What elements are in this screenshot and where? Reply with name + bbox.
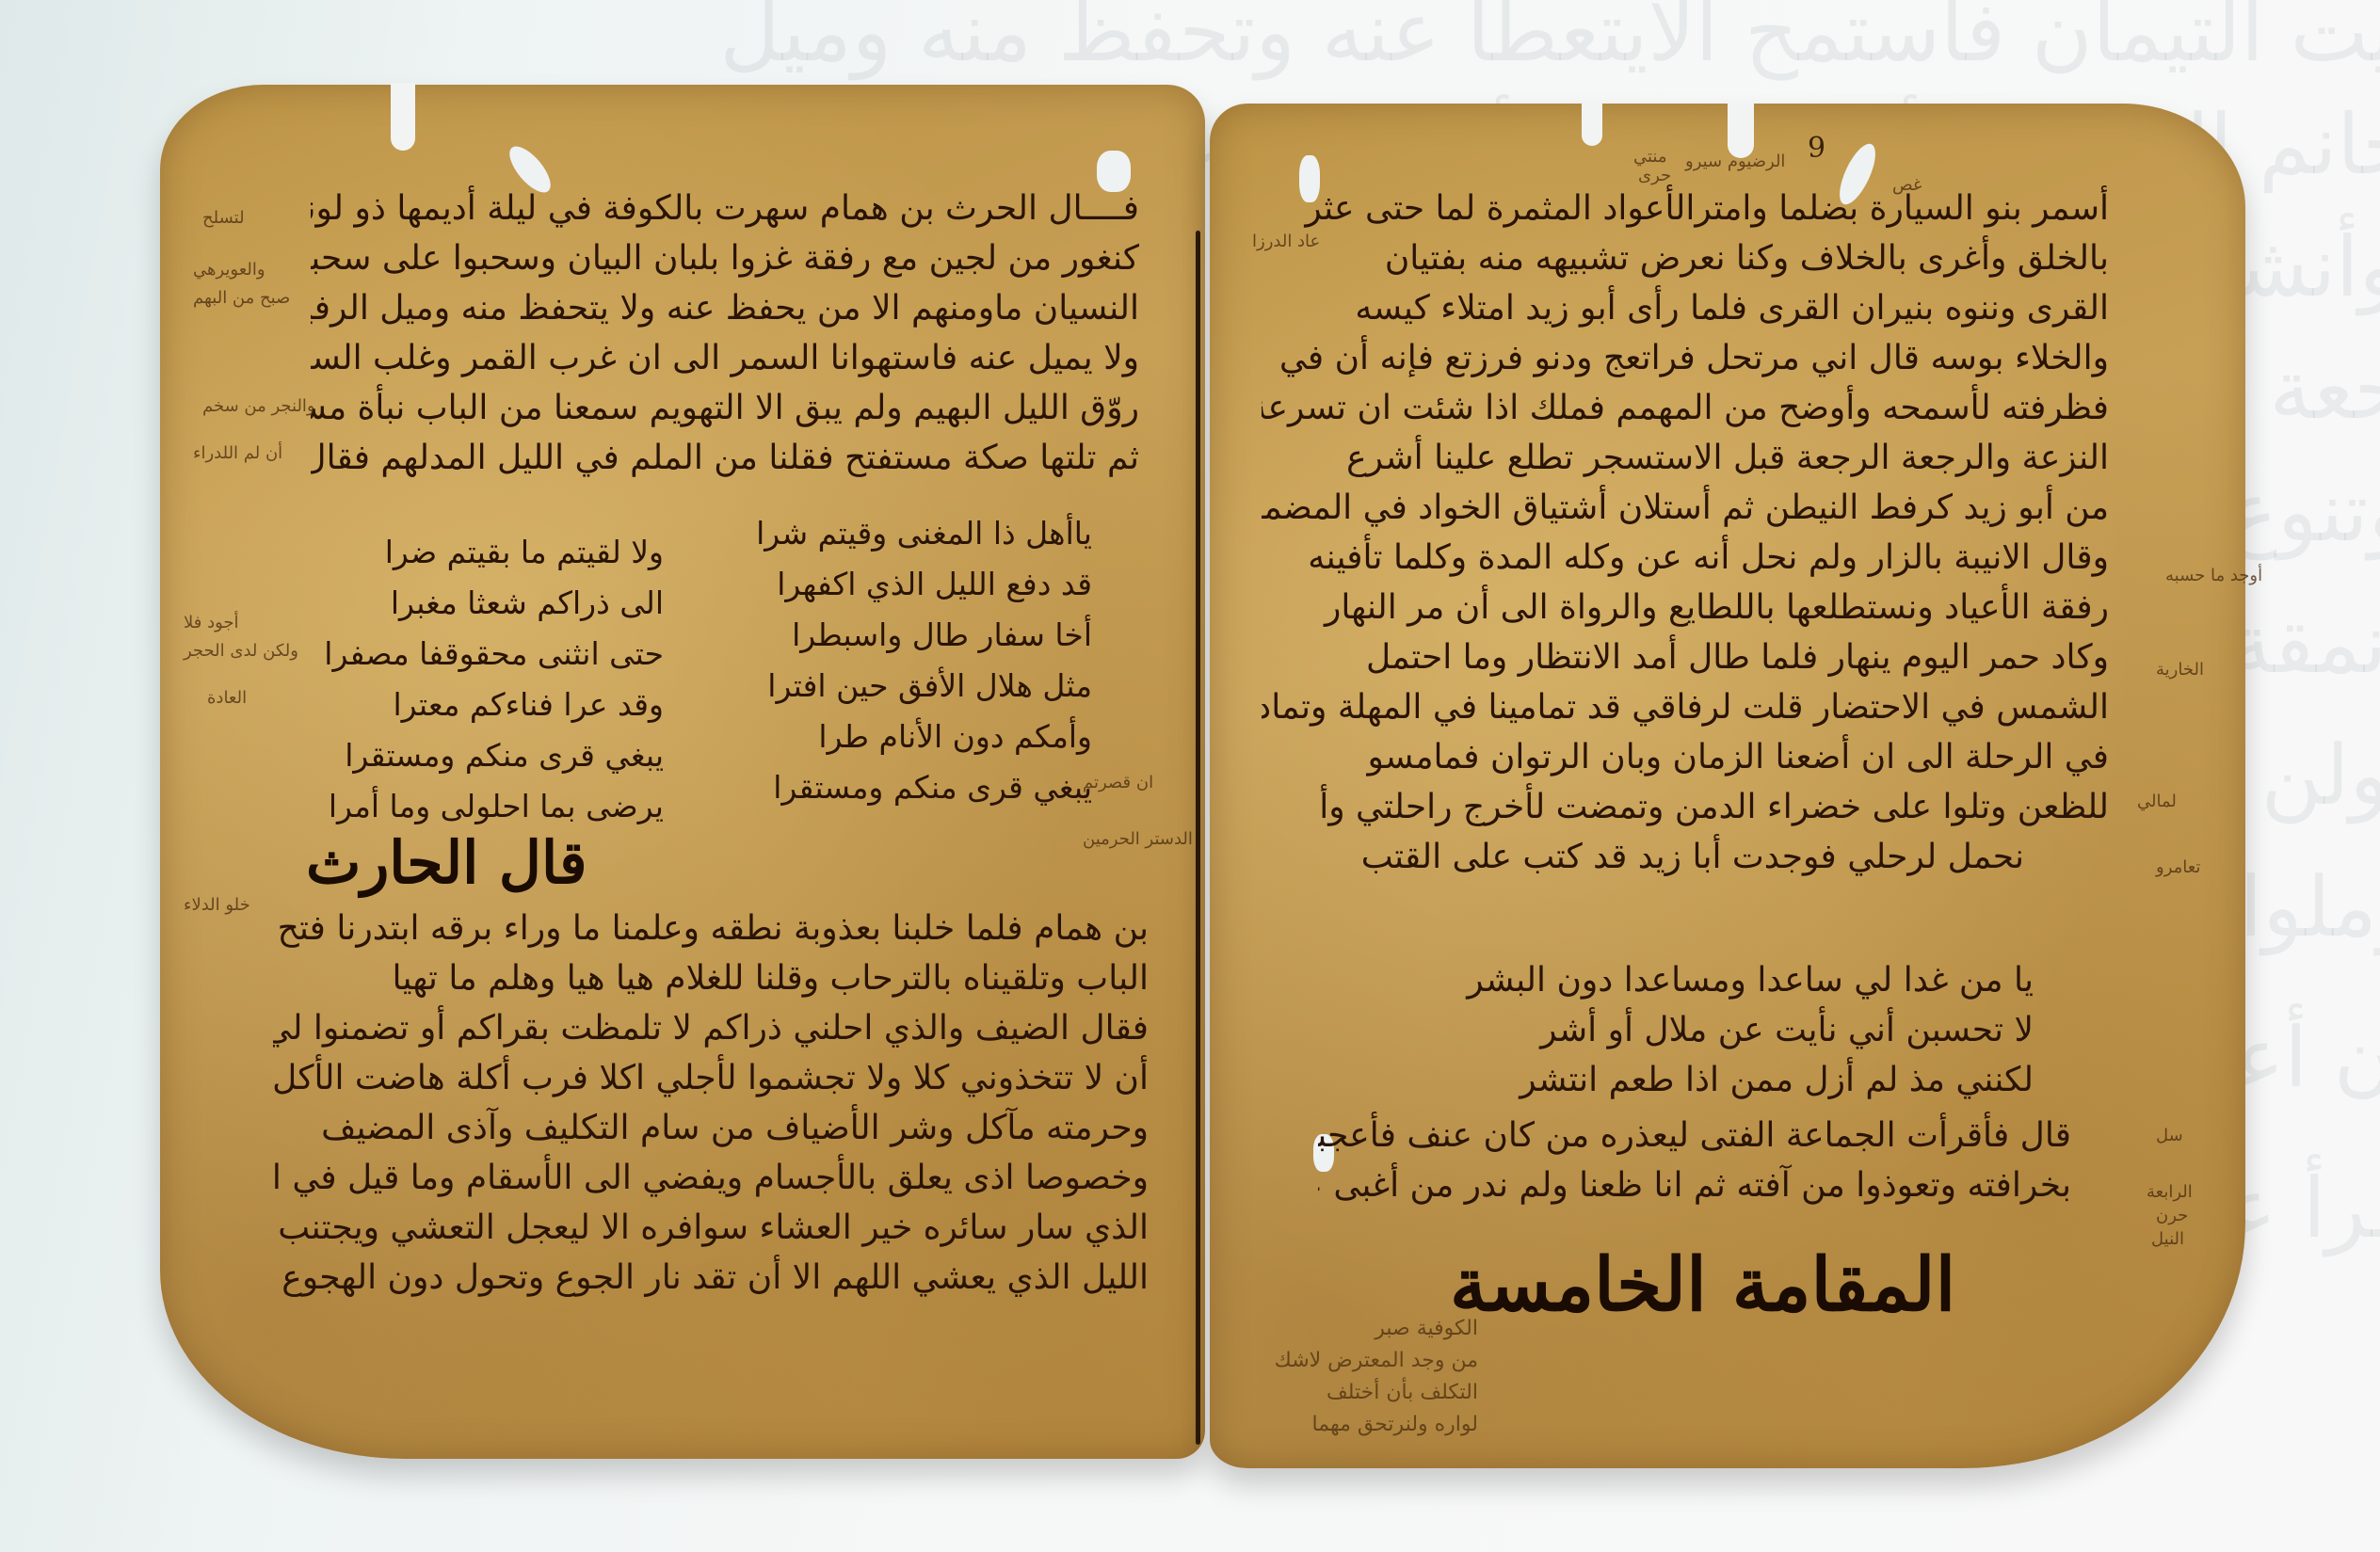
right-page-closing-text: قال فأقرأت الجماعة الفتى ليعذره من كان ع… [1318,1111,2071,1210]
left-page-bottom-text: بن همام فلما خلبنا بعذوبة نطقه وعلمنا ما… [273,904,1149,1303]
margin-gloss: العادة [207,687,247,710]
text-line: وقال الانيبة بالزار ولم نحل أنه عن وكله … [1262,533,2109,583]
text-line: الذي سار سائره خير العشاء سوافره الا ليع… [273,1203,1149,1253]
margin-gloss: خلو الدلاء [184,894,250,917]
margin-gloss: عاد الدرزا [1252,231,1320,253]
right-page-bottom-notes: الكوفية صبر من وجد المعترض لاشك التكلف ب… [1290,1313,1478,1441]
verse-hemistich: الى ذراكم شعثا مغبرا [362,578,664,629]
right-page-verses: يا من غدا لي ساعدا ومساعدا دون البشر لا … [1356,955,2034,1105]
text-line: من أبو زيد كرفط النيطن ثم أستلان أشتياق … [1262,483,2109,533]
verse-hemistich: يبغي قرى منكم ومستقرا [362,730,664,781]
margin-gloss: سل [2156,1125,2183,1147]
section-heading-qala-al-harith: قال الحارث [306,828,587,897]
folio-number: 9 [1808,132,1825,165]
text-line: أسمر بنو السيارة بضلما وامترالأعواد المث… [1262,184,2109,233]
verse-hemistich: وقد عرا فناءكم معترا [362,680,664,730]
section-heading-fifth-maqama: المقامة الخامسة [1450,1242,1955,1328]
text-line: للظعن وتلوا على خضراء الدمن وتمضت لأخرج … [1262,782,2109,832]
text-line: في الرحلة الى ان أضعنا الزمان وبان الرتو… [1262,732,2109,782]
left-page-verses-right-column: ياأهل ذا المغنى وقيتم شرا قد دفع الليل ا… [734,508,1092,813]
text-line: فقال الضيف والذي احلني ذراكم لا تلمظت بق… [273,1003,1149,1053]
verse-line: لا تحسبن أني نأيت عن ملال أو أشر [1356,1005,2034,1055]
margin-gloss: الرضيوم سيرو [1685,151,1785,173]
text-line: الليل الذي يعشي اللهم الا أن تقد نار الج… [273,1253,1149,1303]
text-line: الشمس في الاحتضار قلت لرفاقي قد تمامينا … [1262,682,2109,732]
margin-gloss: ان قصرتم [1083,772,1153,794]
margin-gloss: منتي [1633,146,1667,168]
watermark-line: أيت التيمان فأستمح الايتعطا عنه وتحفظ من… [719,0,2380,73]
margin-gloss: النيل [2151,1228,2184,1251]
margin-gloss: أن لم اللدراء [193,442,282,465]
text-line: وكاد حمر اليوم ينهار فلما طال أمد الانتظ… [1262,632,2109,682]
left-page-verses-left-column: ولا لقيتم ما بقيتم ضرا الى ذراكم شعثا مغ… [362,527,664,832]
text-line: النزعة والرجعة الرجعة قبل الاستسجر تطلع … [1262,433,2109,483]
text-line: النسيان ماومنهم الا من يحفظ عنه ولا يتحف… [311,283,1139,333]
left-page-top-text: فــــال الحرث بن همام سهرت بالكوفة في لي… [311,184,1139,483]
page-notch [391,83,415,151]
verse-line: يا من غدا لي ساعدا ومساعدا دون البشر [1356,955,2034,1005]
manuscript-gutter [1196,231,1200,1445]
margin-gloss: لتسلح [202,207,245,230]
text-line: فــــال الحرث بن همام سهرت بالكوفة في لي… [311,184,1139,233]
margin-gloss: صبح من البهم [193,287,290,310]
bottom-gloss: الكوفية صبر [1290,1313,1478,1345]
margin-gloss: أجود فلا [184,612,239,634]
text-line: أن لا تتخذوني كلا ولا تجشموا لأجلي اكلا … [273,1053,1149,1103]
verse-hemistich: يبغي قرى منكم ومستقرا [734,762,1092,813]
margin-gloss: الرابعة [2147,1181,2193,1204]
page-notch [1582,104,1602,146]
text-line: الباب وتلقيناه بالترحاب وقلنا للغلام هيا… [273,953,1149,1003]
bottom-gloss: التكلف بأن أختلف [1290,1377,1478,1409]
margin-gloss: حرن [2156,1205,2188,1227]
text-line: بن همام فلما خلبنا بعذوبة نطقه وعلمنا ما… [273,904,1149,953]
margin-gloss: ولكن لدى الحجر [184,640,298,663]
text-line: كنغور من لجين مع رفقة غزوا بلبان البيان … [311,233,1139,283]
margin-gloss: والنجر من سخم [202,395,315,418]
text-line: وحرمته مآكل وشر الأضياف من سام التكليف و… [273,1103,1149,1153]
margin-gloss: أوجد ما حسبه [2165,565,2262,587]
margin-gloss: لمالي [2137,791,2177,813]
margin-gloss: الخارية [2156,659,2204,681]
text-line: قال فأقرأت الجماعة الفتى ليعذره من كان ع… [1318,1111,2071,1160]
margin-gloss: والعويرهي [193,259,265,281]
verse-line: لكنني مذ لم أزل ممن اذا طعم انتشر [1356,1055,2034,1105]
page-notch [1728,102,1754,158]
verse-hemistich: قد دفع الليل الذي اكفهرا [734,559,1092,610]
text-line: وخصوصا اذى يعلق بالأجسام ويفضي الى الأسق… [273,1153,1149,1203]
margin-gloss: تعامرو [2156,856,2200,879]
verse-hemistich: ولا لقيتم ما بقيتم ضرا [362,527,664,578]
text-line: القرى وننوه بنيران القرى فلما رأى أبو زي… [1262,283,2109,333]
text-line: والخلاء بوسه قال اني مرتحل فراتعج ودنو ف… [1262,333,2109,383]
text-line: روّق الليل البهيم ولم يبق الا التهويم سم… [311,383,1139,433]
text-line: بالخلق وأغرى بالخلاف وكنا نعرض تشبيهه من… [1262,233,2109,283]
verse-hemistich: مثل هلال الأفق حين افترا [734,661,1092,712]
text-line: فظرفته لأسمحه وأوضح من المهمم فملك اذا ش… [1262,383,2109,433]
text-line: ولا يميل عنه فاستهوانا السمر الى ان غرب … [311,333,1139,383]
verse-hemistich: وأمكم دون الأنام طرا [734,712,1092,762]
verse-hemistich: أخا سفار طال واسبطرا [734,610,1092,661]
verse-hemistich: حتى انثنى محقوقفا مصفرا [362,629,664,680]
margin-gloss: الدستر الحرمين [1083,828,1193,851]
right-page-main-text: أسمر بنو السيارة بضلما وامترالأعواد المث… [1262,184,2109,882]
text-line: ثم تلتها صكة مستفتح فقلنا من الملم في ال… [311,433,1139,483]
bottom-gloss: لواره ولنرتحق مهما [1290,1409,1478,1441]
text-line: رفقة الأعياد ونستطلعها باللطايع والرواة … [1262,583,2109,632]
text-line: بخرافته وتعوذوا من آفته ثم انا ظعنا ولم … [1318,1160,2071,1210]
bottom-gloss: من وجد المعترض لاشك [1290,1345,1478,1377]
text-line: نحمل لرحلي فوجدت أبا زيد قد كتب على القت… [1262,832,2109,882]
verse-hemistich: يرضى بما احلولى وما أمرا [362,781,664,832]
verse-hemistich: ياأهل ذا المغنى وقيتم شرا [734,508,1092,559]
